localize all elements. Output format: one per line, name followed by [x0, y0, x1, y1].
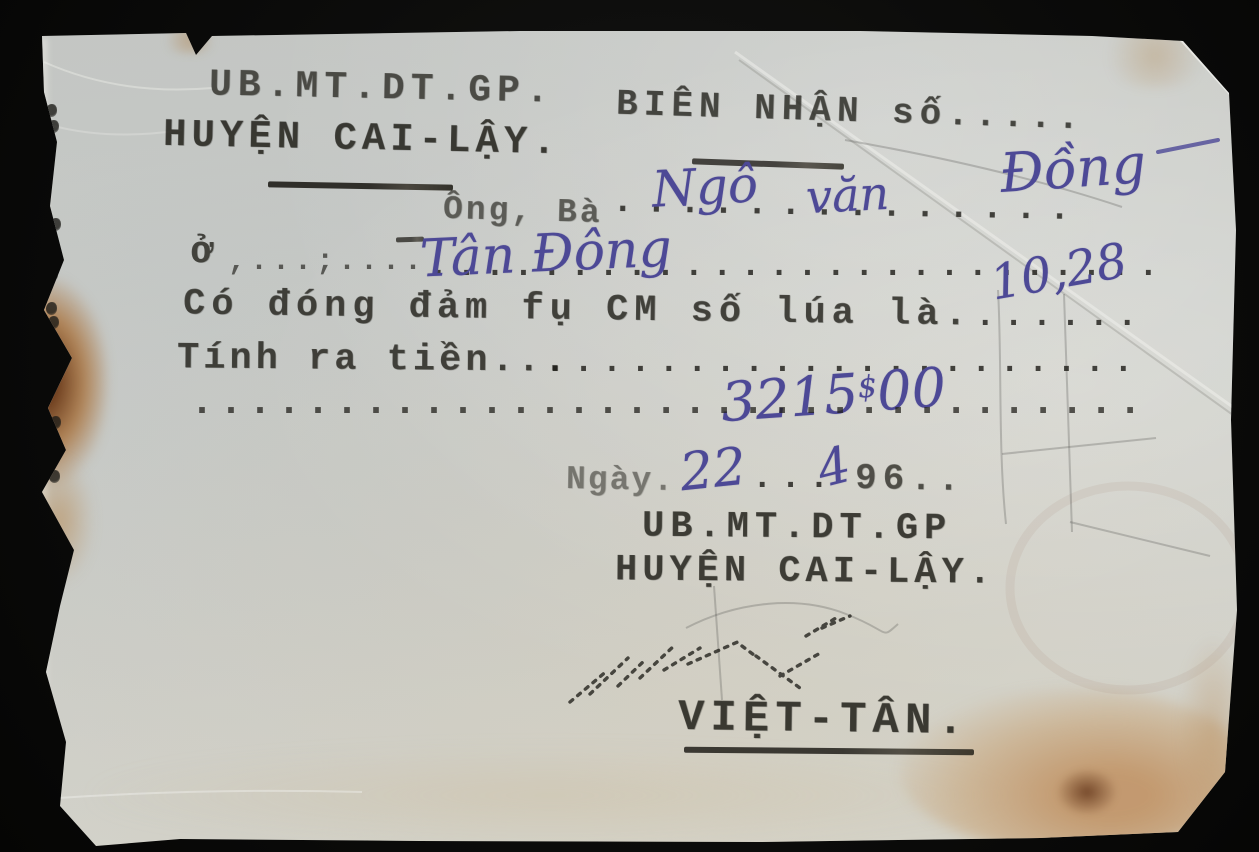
- ink-dot: [48, 316, 59, 329]
- issuer-line-1: UB.MT.DT.GP.: [209, 66, 555, 111]
- ink-dot: [51, 440, 62, 453]
- date-year-typed: 96..: [855, 461, 966, 499]
- ink-dot: [47, 268, 58, 281]
- ink-dot: [48, 120, 59, 133]
- date-label: Ngày.: [566, 463, 676, 498]
- faint-stamp-circle: [1010, 486, 1246, 690]
- separator-dotted-row: .................................: [190, 384, 1147, 424]
- handwritten-address: Tân Đông: [419, 223, 673, 286]
- money-line-label: Tính ra tiền...: [177, 340, 570, 380]
- ink-dot: [50, 416, 61, 429]
- handwritten-name-part-2: văn: [805, 170, 890, 220]
- top-left-crease-2: [40, 122, 182, 135]
- signature-scribble: [570, 616, 850, 702]
- ink-dot: [46, 104, 57, 117]
- handwritten-name-part-3: Đồng: [998, 137, 1147, 201]
- pen-dash-mark: [1158, 140, 1218, 152]
- top-left-crease: [44, 62, 212, 90]
- scanned-receipt: UB.MT.DT.GP. HUYỆN CAI-LẬY. BIÊN NHẬN số…: [0, 0, 1259, 852]
- footer-org-line-2: HUYỆN CAI-LẬY.: [615, 552, 996, 592]
- ink-dot: [46, 302, 57, 315]
- address-label: ở: [190, 234, 213, 272]
- issuer-line-2: HUYỆN CAI-LẬY.: [163, 116, 561, 163]
- ink-dot: [45, 252, 56, 265]
- ink-dot: [49, 470, 60, 483]
- bottom-left-crease: [58, 791, 362, 798]
- address-leader: ,...;....: [228, 247, 426, 277]
- corner-fold-crease: [1181, 40, 1230, 94]
- signer-name: VIỆT-TÂN.: [678, 696, 970, 744]
- ink-dot: [50, 218, 61, 231]
- footer-org-line-1: UB.MT.DT.GP: [642, 509, 953, 549]
- torn-edge-highlight: [36, 38, 48, 828]
- handwritten-day: 22: [677, 441, 748, 500]
- paper-sheet: UB.MT.DT.GP. HUYỆN CAI-LẬY. BIÊN NHẬN số…: [0, 0, 1259, 852]
- handwritten-name-part-1: Ngô: [651, 159, 759, 214]
